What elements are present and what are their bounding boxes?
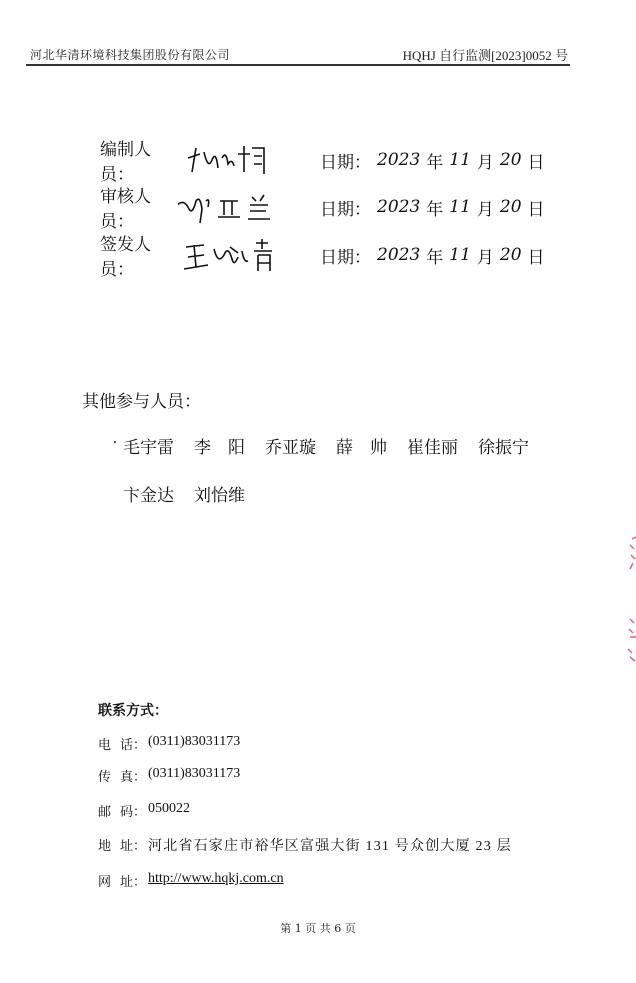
- seal-stamp-fragment-icon: [624, 535, 636, 575]
- signature-row-reviewer: 审核人员： 日期： 2023 年 11 月 20 日: [100, 193, 545, 221]
- document-number: HQHJ 自行监测[2023]0052 号: [403, 45, 568, 64]
- date-label: 日期：: [320, 195, 371, 220]
- website-link[interactable]: http://www.hqkj.com.cn: [148, 871, 284, 890]
- month-value: 11: [449, 245, 471, 265]
- year-unit: 年: [426, 195, 443, 220]
- participant-name: 李 阳: [194, 433, 245, 458]
- participant-name: 刘怡维: [194, 481, 245, 506]
- day-unit: 日: [528, 195, 545, 220]
- handwritten-signature-icon: [178, 241, 318, 269]
- role-label: 审核人员：: [100, 182, 178, 232]
- phone-value: (0311)83031173: [148, 734, 240, 753]
- participants-title: 其他参与人员：: [82, 387, 201, 412]
- month-value: 11: [449, 197, 471, 217]
- day-value: 20: [500, 150, 522, 170]
- participant-name: 薛 帅: [336, 433, 387, 458]
- fax-value: (0311)83031173: [148, 766, 240, 785]
- participant-name: 乔亚璇: [265, 433, 316, 458]
- month-value: 11: [449, 150, 471, 170]
- contact-postcode: 邮码： 050022: [98, 801, 190, 820]
- seal-stamp-fragment-icon: [624, 615, 636, 665]
- contact-phone: 电话： (0311)83031173: [98, 734, 240, 753]
- key-char: 传: [98, 766, 111, 785]
- participant-name: 卞金达: [123, 481, 174, 506]
- address-value: 河北省石家庄市裕华区富强大街 131 号众创大厦 23 层: [148, 835, 512, 855]
- key-char: 电: [98, 734, 111, 753]
- key-char: 话：: [120, 734, 146, 753]
- day-value: 20: [500, 245, 522, 265]
- page-number: 第 1 页 共 6 页: [0, 920, 636, 936]
- postcode-value: 050022: [148, 801, 190, 820]
- year-unit: 年: [426, 243, 443, 268]
- role-label: 编制人员：: [100, 135, 178, 185]
- header-divider: [26, 64, 570, 66]
- year-value: 2023: [377, 245, 420, 265]
- year-value: 2023: [377, 150, 420, 170]
- participants-row-2: 卞金达 刘怡维: [123, 481, 265, 506]
- key-char: 地: [98, 835, 111, 855]
- date-label: 日期：: [320, 243, 371, 268]
- date-label: 日期：: [320, 148, 371, 173]
- month-unit: 月: [477, 195, 494, 220]
- participant-name: 毛宇雷: [123, 433, 174, 458]
- month-unit: 月: [477, 243, 494, 268]
- participants-row-1: 毛宇雷 李 阳 乔亚璇 薛 帅 崔佳丽 徐振宁: [123, 433, 549, 458]
- day-unit: 日: [528, 148, 545, 173]
- contact-key: 传真：: [98, 766, 148, 785]
- key-char: 址：: [120, 835, 146, 855]
- participant-name: 崔佳丽: [407, 433, 458, 458]
- handwritten-signature-icon: [178, 193, 318, 221]
- signature-row-compiler: 编制人员： 日期： 2023 年 11 月 20 日: [100, 146, 545, 174]
- contact-key: 网址：: [98, 871, 148, 890]
- year-value: 2023: [377, 197, 420, 217]
- day-value: 20: [500, 197, 522, 217]
- contact-fax: 传真： (0311)83031173: [98, 766, 240, 785]
- contact-key: 地址：: [98, 835, 148, 855]
- handwritten-signature-icon: [178, 146, 318, 174]
- role-label: 签发人员：: [100, 230, 178, 280]
- contact-website: 网址： http://www.hqkj.com.cn: [98, 871, 284, 890]
- key-char: 码：: [120, 801, 146, 820]
- contact-address: 地址： 河北省石家庄市裕华区富强大街 131 号众创大厦 23 层: [98, 835, 512, 855]
- scan-dot: [114, 441, 116, 443]
- signature-row-issuer: 签发人员： 日期： 2023 年 11 月 20 日: [100, 241, 545, 269]
- month-unit: 月: [477, 148, 494, 173]
- key-char: 真：: [120, 766, 146, 785]
- day-unit: 日: [528, 243, 545, 268]
- key-char: 网: [98, 871, 111, 890]
- key-char: 址：: [120, 871, 146, 890]
- contact-key: 邮码：: [98, 801, 148, 820]
- key-char: 邮: [98, 801, 111, 820]
- company-name: 河北华清环境科技集团股份有限公司: [30, 46, 230, 63]
- contact-title: 联系方式：: [98, 700, 168, 720]
- participant-name: 徐振宁: [478, 433, 529, 458]
- year-unit: 年: [426, 148, 443, 173]
- contact-key: 电话：: [98, 734, 148, 753]
